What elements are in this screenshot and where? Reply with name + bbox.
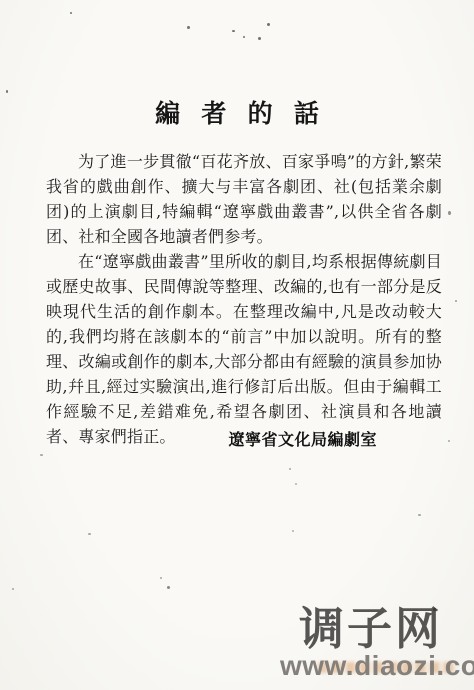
scanned-book-page: 編者的話 为了進一步貫徹“百花齐放、百家爭鳴”的方針,繁荣我省的戲曲創作、擴大与… xyxy=(0,0,474,690)
page-title: 編者的話 xyxy=(0,94,474,130)
scan-speck xyxy=(6,90,8,93)
scan-speck xyxy=(70,12,72,14)
scan-speck xyxy=(187,26,190,29)
scan-speck xyxy=(40,454,43,456)
scan-speck xyxy=(292,530,294,532)
preface-body: 为了進一步貫徹“百花齐放、百家爭鳴”的方針,繁荣我省的戲曲創作、擴大与丰富各劇团… xyxy=(46,149,442,449)
site-watermark: www.diaozi.com 调子网 xyxy=(0,580,474,690)
author-signature: 遼寧省文化局編劇室 xyxy=(228,427,377,450)
watermark-orange-overlay xyxy=(318,662,456,673)
scan-speck xyxy=(167,586,170,589)
scan-speck xyxy=(418,514,421,516)
preface-paragraph-2: 在“遼寧戲曲叢書”里所收的劇目,均系根据傳統劇目或歷史故事、民間傳說等整理、改編… xyxy=(46,249,442,449)
scan-speck xyxy=(258,37,261,40)
watermark-site-name: 调子网 xyxy=(299,592,443,657)
scan-speck xyxy=(88,533,91,535)
scan-speck xyxy=(289,468,291,470)
scan-speck xyxy=(448,440,450,442)
scan-speck xyxy=(12,588,14,590)
scan-speck xyxy=(267,23,270,26)
preface-paragraph-1: 为了進一步貫徹“百花齐放、百家爭鳴”的方針,繁荣我省的戲曲創作、擴大与丰富各劇团… xyxy=(46,149,442,249)
scan-speck xyxy=(232,30,235,32)
watermark-site-url: www.diaozi.com xyxy=(280,650,474,682)
scan-speck xyxy=(433,608,436,611)
scan-speck xyxy=(455,300,457,302)
scan-speck xyxy=(160,577,162,579)
scan-speck xyxy=(448,211,451,215)
scan-speck xyxy=(295,483,297,485)
scan-speck xyxy=(243,36,245,38)
